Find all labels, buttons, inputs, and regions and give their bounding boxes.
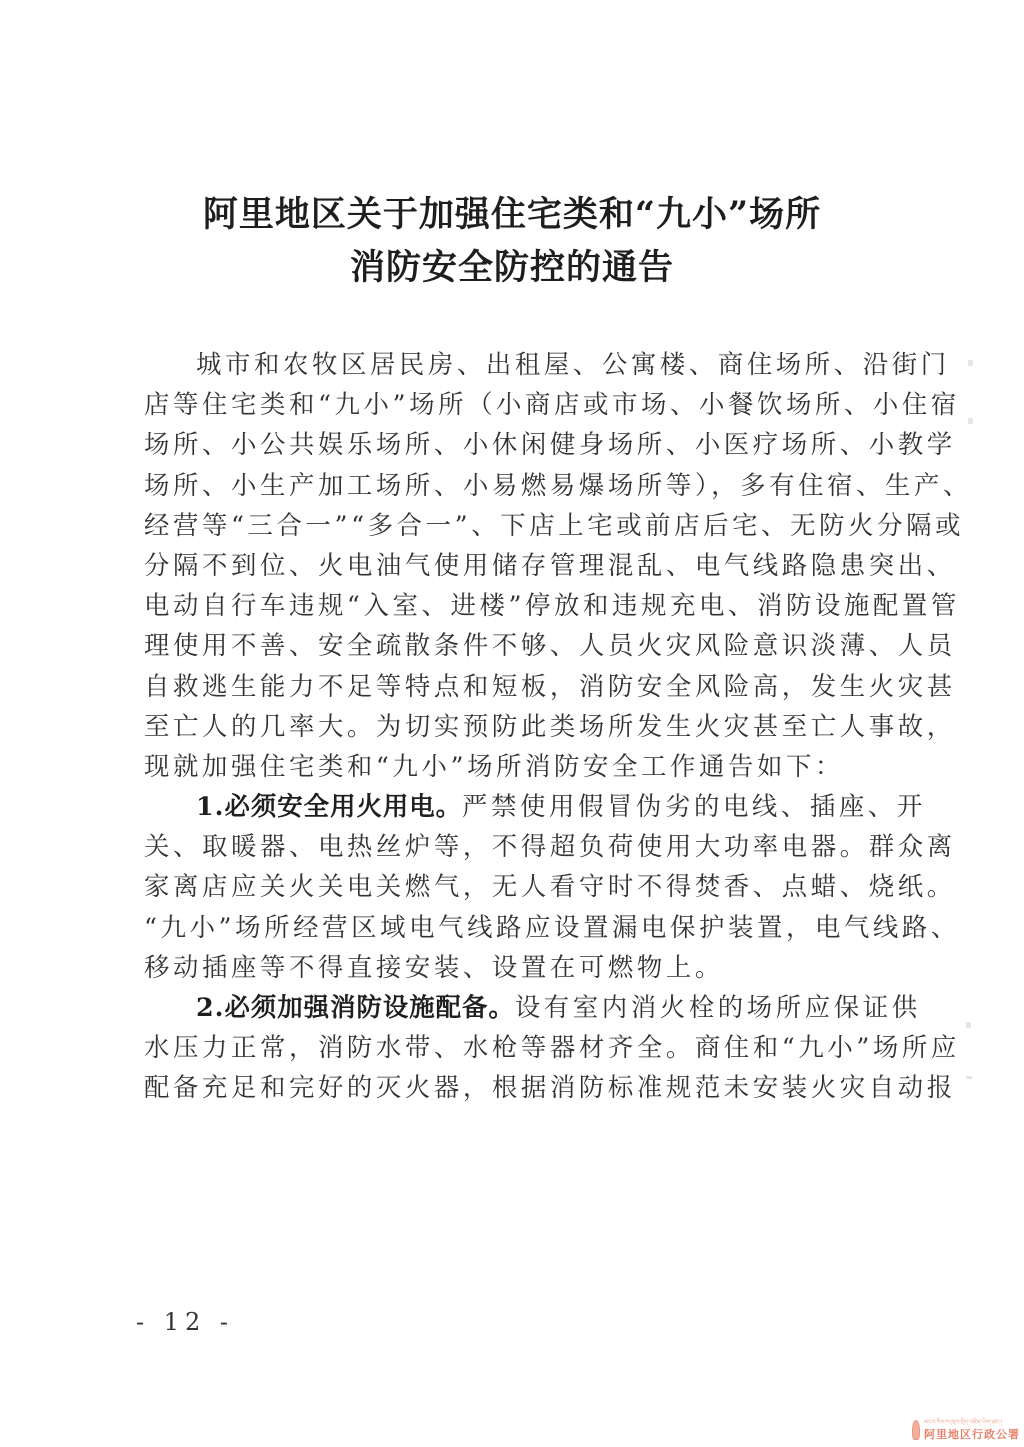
- scan-speck: [966, 1022, 971, 1028]
- title-line-2: 消防安全防控的通告: [0, 241, 1024, 294]
- body-line: 经营等“三合一”“多合一”、下店上宅或前店后宅、无防火分隔或: [144, 505, 889, 545]
- section-1-line: “九小”场所经营区域电气线路应设置漏电保护装置，电气线路、: [144, 907, 889, 947]
- section-1-heading: 1.必须安全用火用电。: [196, 791, 462, 821]
- title-line-1: 阿里地区关于加强住宅类和“九小”场所: [0, 188, 1024, 241]
- body-line: 现就加强住宅类和“九小”场所消防安全工作通告如下：: [144, 746, 889, 786]
- body-line: 分隔不到位、火电油气使用储存管理混乱、电气线路隐患突出、: [144, 545, 889, 585]
- body-line: 场所、小生产加工场所、小易燃易爆场所等），多有住宿、生产、: [144, 465, 889, 505]
- page-number: - 12 -: [136, 1308, 234, 1336]
- watermark-stamp: མངའ་རིས་ས་ཁུལ་སྲིད་འཛིན་ཡིག་ཚང་། 阿里地区行政公…: [912, 1416, 1020, 1444]
- section-1-line: 移动插座等不得直接安装、设置在可燃物上。: [144, 947, 889, 987]
- document-title: 阿里地区关于加强住宅类和“九小”场所 消防安全防控的通告: [0, 188, 1024, 294]
- section-2-heading: 2.必须加强消防设施配备。: [196, 992, 515, 1022]
- watermark-tibetan: མངའ་རིས་ས་ཁུལ་སྲིད་འཛིན་ཡིག་ཚང་།: [924, 1420, 1020, 1426]
- section-1-text: 严禁使用假冒伪劣的电线、插座、开: [462, 791, 926, 821]
- scan-speck: [968, 418, 973, 424]
- body-line: 场所、小公共娱乐场所、小休闲健身场所、小医疗场所、小教学: [144, 424, 889, 464]
- scan-speck: [968, 360, 973, 366]
- body-line: 至亡人的几率大。为切实预防此类场所发生火灾甚至亡人事故，: [144, 706, 889, 746]
- body-line: 店等住宅类和“九小”场所（小商店或市场、小餐饮场所、小住宿: [144, 384, 889, 424]
- national-emblem-icon: [912, 1420, 920, 1440]
- section-2-first-line: 2.必须加强消防设施配备。设有室内消火栓的场所应保证供: [144, 987, 889, 1027]
- section-1-line: 家离店应关火关电关燃气，无人看守时不得焚香、点蜡、烧纸。: [144, 866, 889, 906]
- section-2-text: 设有室内消火栓的场所应保证供: [515, 992, 921, 1022]
- section-1-line: 关、取暖器、电热丝炉等，不得超负荷使用大功率电器。群众离: [144, 826, 889, 866]
- watermark-chinese: 阿里地区行政公署: [924, 1429, 1020, 1440]
- body-line: 电动自行车违规“入室、进楼”停放和违规充电、消防设施配置管: [144, 585, 889, 625]
- section-2-line: 水压力正常，消防水带、水枪等器材齐全。商住和“九小”场所应: [144, 1027, 889, 1067]
- body-line: 城市和农牧区居民房、出租屋、公寓楼、商住场所、沿街门: [144, 344, 889, 384]
- body-line: 理使用不善、安全疏散条件不够、人员火灾风险意识淡薄、人员: [144, 625, 889, 665]
- body-line: 自救逃生能力不足等特点和短板，消防安全风险高，发生火灾甚: [144, 666, 889, 706]
- document-body: 城市和农牧区居民房、出租屋、公寓楼、商住场所、沿街门 店等住宅类和“九小”场所（…: [144, 344, 889, 1108]
- section-1-first-line: 1.必须安全用火用电。严禁使用假冒伪劣的电线、插座、开: [144, 786, 889, 826]
- section-2-line: 配备充足和完好的灭火器，根据消防标准规范未安装火灾自动报: [144, 1067, 889, 1107]
- scan-speck: [966, 1076, 972, 1079]
